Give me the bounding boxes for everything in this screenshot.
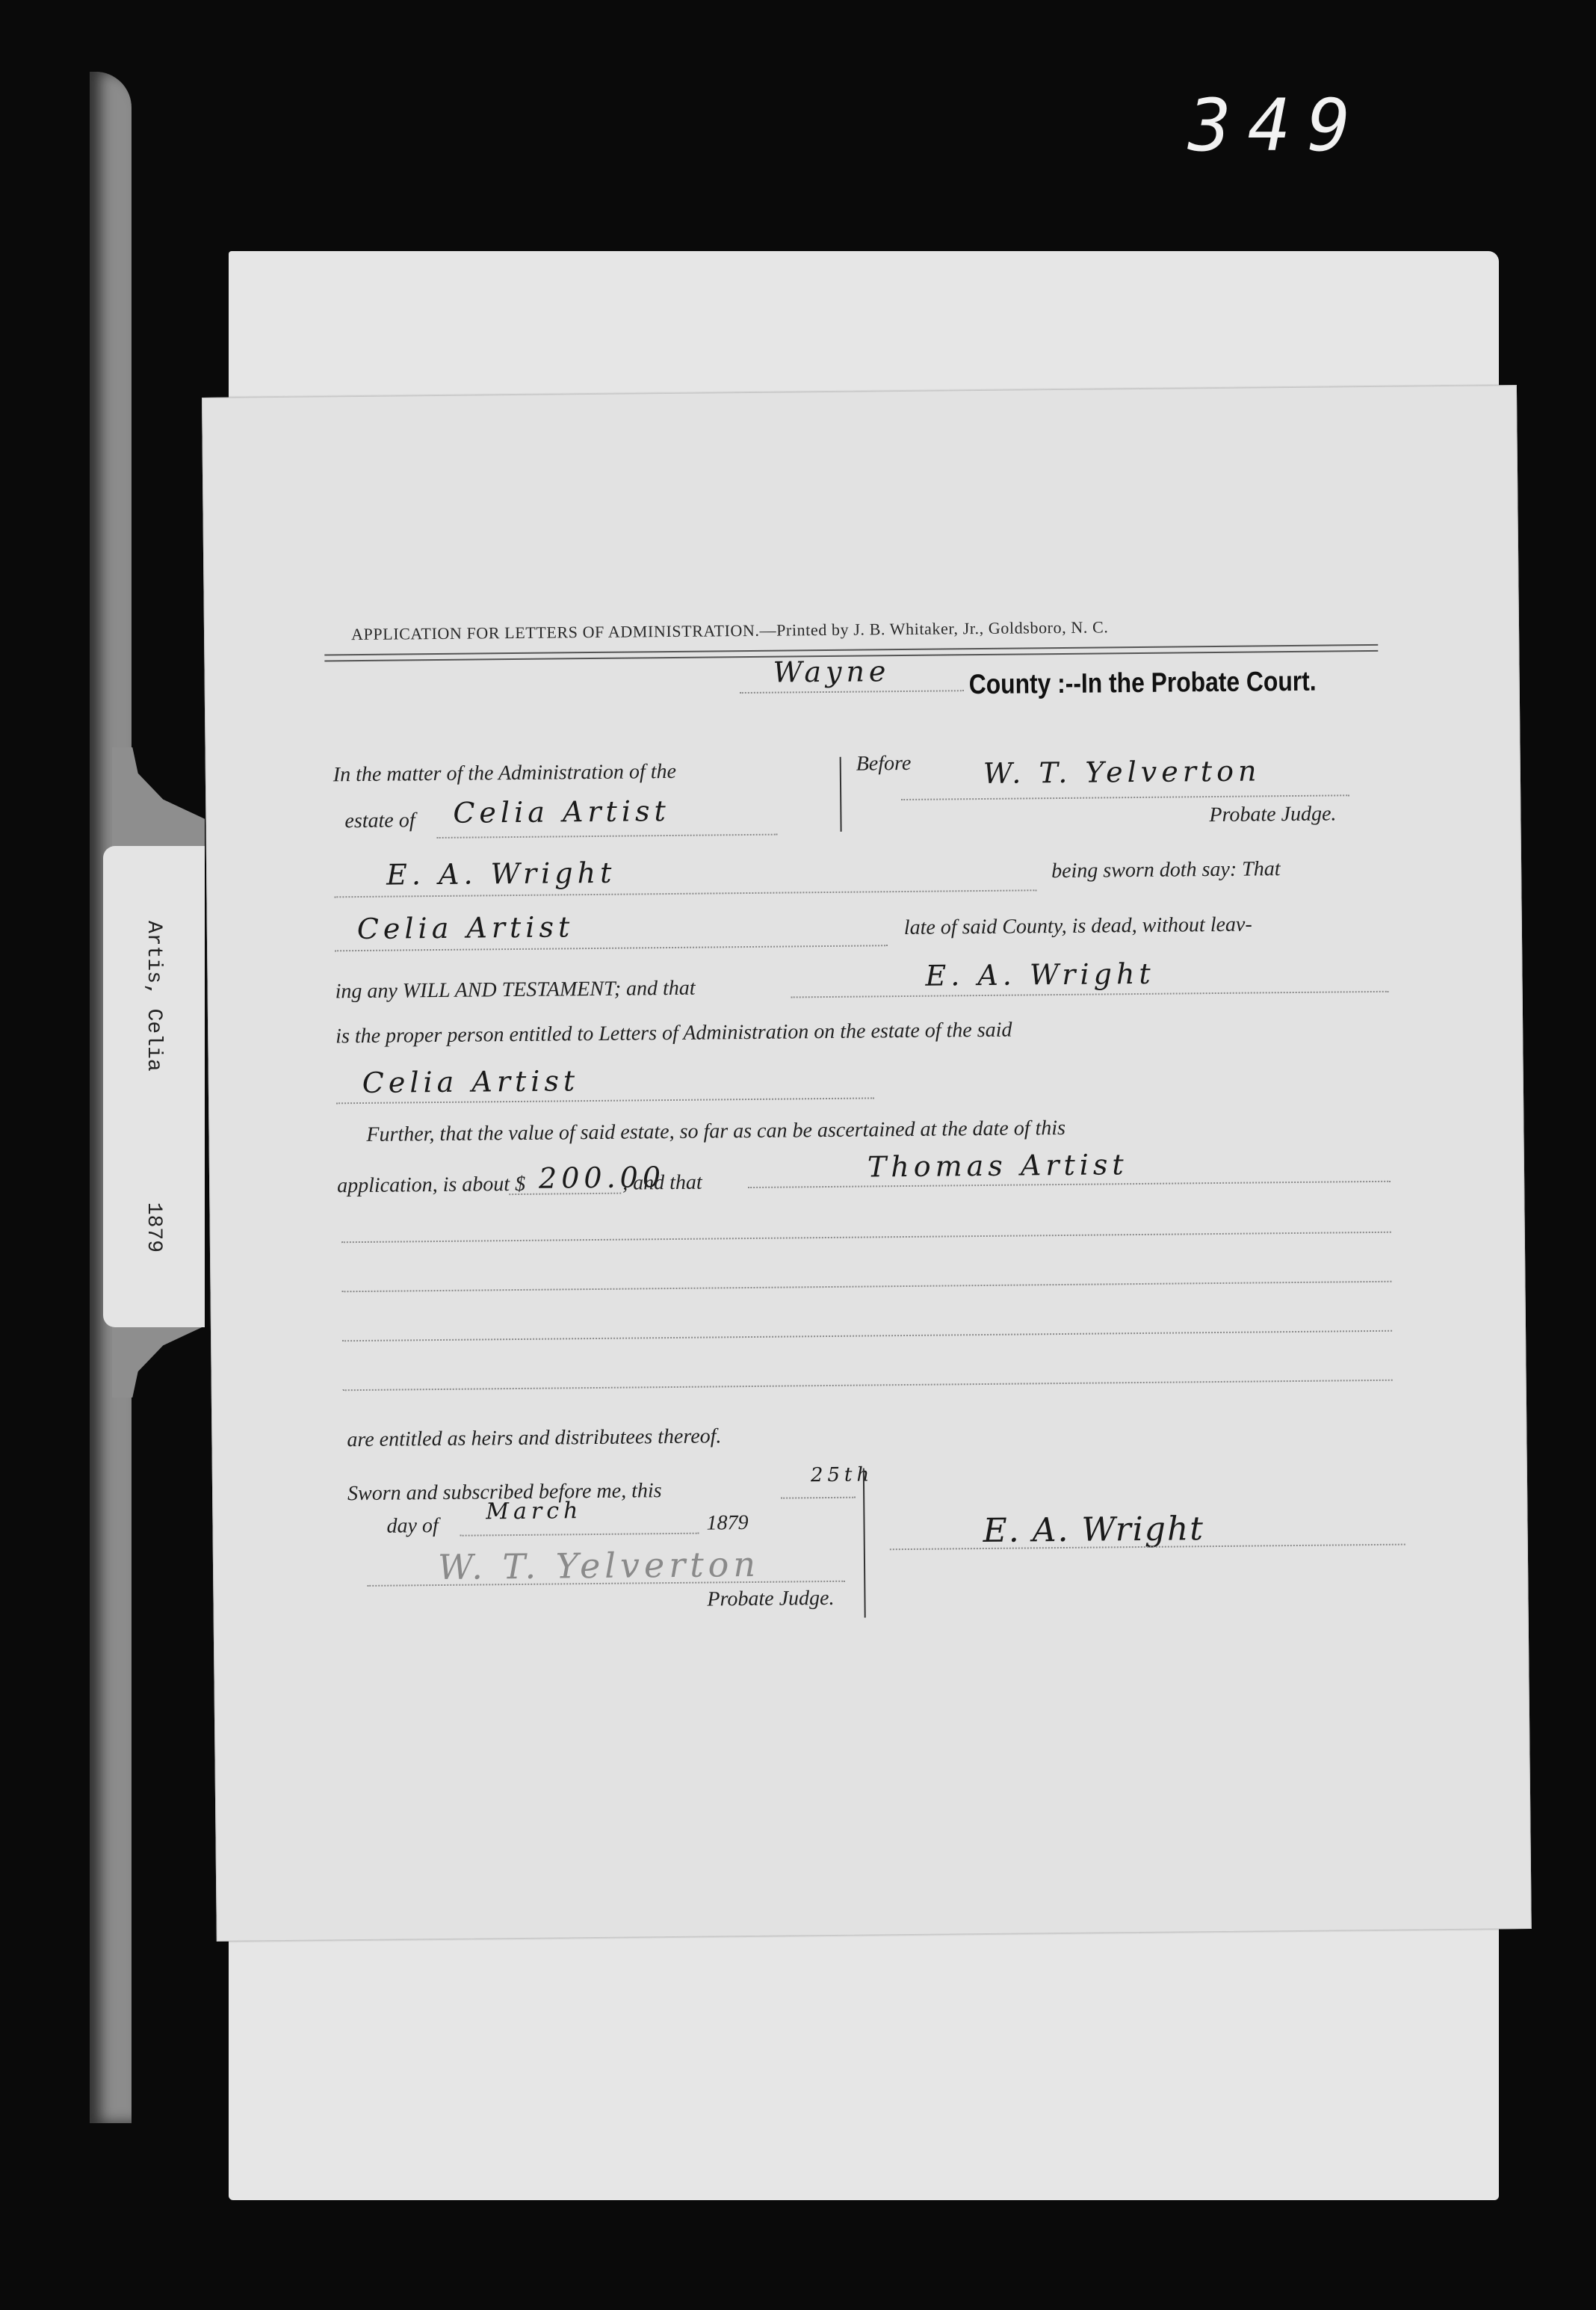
estate-name: Celia Artist: [453, 794, 670, 830]
will-text: ing any WILL AND TESTAMENT; and that: [335, 977, 695, 1004]
further-text: Further, that the value of said estate, …: [366, 1117, 1065, 1147]
probate-judge-label-2: Probate Judge.: [707, 1587, 834, 1612]
heirs-blank-line-2: [341, 1281, 1391, 1292]
sworn-text: being sworn doth say: That: [1051, 857, 1281, 883]
administrator-dotted-line: [791, 991, 1389, 998]
late-of-text: late of said County, is dead, without le…: [904, 913, 1252, 940]
jurat-brace: [863, 1469, 866, 1618]
affiant-name: E. A. Wright: [386, 856, 616, 892]
heirs-blank-line-3: [342, 1330, 1392, 1341]
folder-label-name: Artis, Celia: [143, 921, 166, 1072]
deceased-dotted-line: [335, 945, 888, 951]
application-form: APPLICATION FOR LETTERS OF ADMINISTRATIO…: [202, 385, 1532, 1942]
year: 1879: [706, 1511, 748, 1536]
judge-signature: W. T. Yelverton: [438, 1544, 760, 1587]
day-of-label: day of: [386, 1514, 439, 1539]
probate-judge-label: Probate Judge.: [1209, 802, 1336, 827]
heirs-name: Thomas Artist: [867, 1148, 1128, 1183]
county-title: County :--In the Probate Court.: [969, 666, 1317, 700]
frame-number: 349: [1188, 88, 1382, 163]
deceased-name: Celia Artist: [357, 910, 575, 945]
value-dotted-line: [509, 1193, 621, 1195]
county-handwritten: Wayne: [773, 655, 890, 689]
heirs-blank-line-4: [343, 1380, 1393, 1391]
month: March: [486, 1498, 582, 1525]
heirs-text: are entitled as heirs and distributees t…: [347, 1424, 721, 1452]
month-dotted-line: [460, 1533, 699, 1537]
before-label: Before: [856, 752, 912, 776]
deceased-name-2: Celia Artist: [362, 1064, 580, 1099]
heirs-blank-line-1: [341, 1232, 1391, 1243]
county-dotted-line: [740, 690, 964, 694]
folder-label-year: 1879: [143, 1202, 166, 1253]
administrator-name: E. A. Wright: [925, 957, 1155, 992]
estate-dotted-line: [437, 834, 778, 839]
brace: [840, 757, 842, 832]
application-text: application, is about $: [337, 1173, 525, 1198]
matter-text: In the matter of the Administration of t…: [333, 760, 676, 787]
folder-label: Artis, Celia 1879: [103, 846, 205, 1327]
day-dotted-line: [781, 1497, 856, 1499]
judge-name: W. T. Yelverton: [983, 754, 1261, 790]
printed-header: APPLICATION FOR LETTERS OF ADMINISTRATIO…: [351, 617, 1109, 644]
and-that-text: , and that: [622, 1171, 702, 1196]
heirs-dotted-line: [748, 1181, 1391, 1188]
proper-person-text: is the proper person entitled to Letters…: [335, 1019, 1012, 1049]
affiant-signature: E. A. Wright: [983, 1510, 1204, 1550]
judge-dotted-line: [901, 794, 1349, 800]
estate-of-label: estate of: [344, 809, 415, 833]
